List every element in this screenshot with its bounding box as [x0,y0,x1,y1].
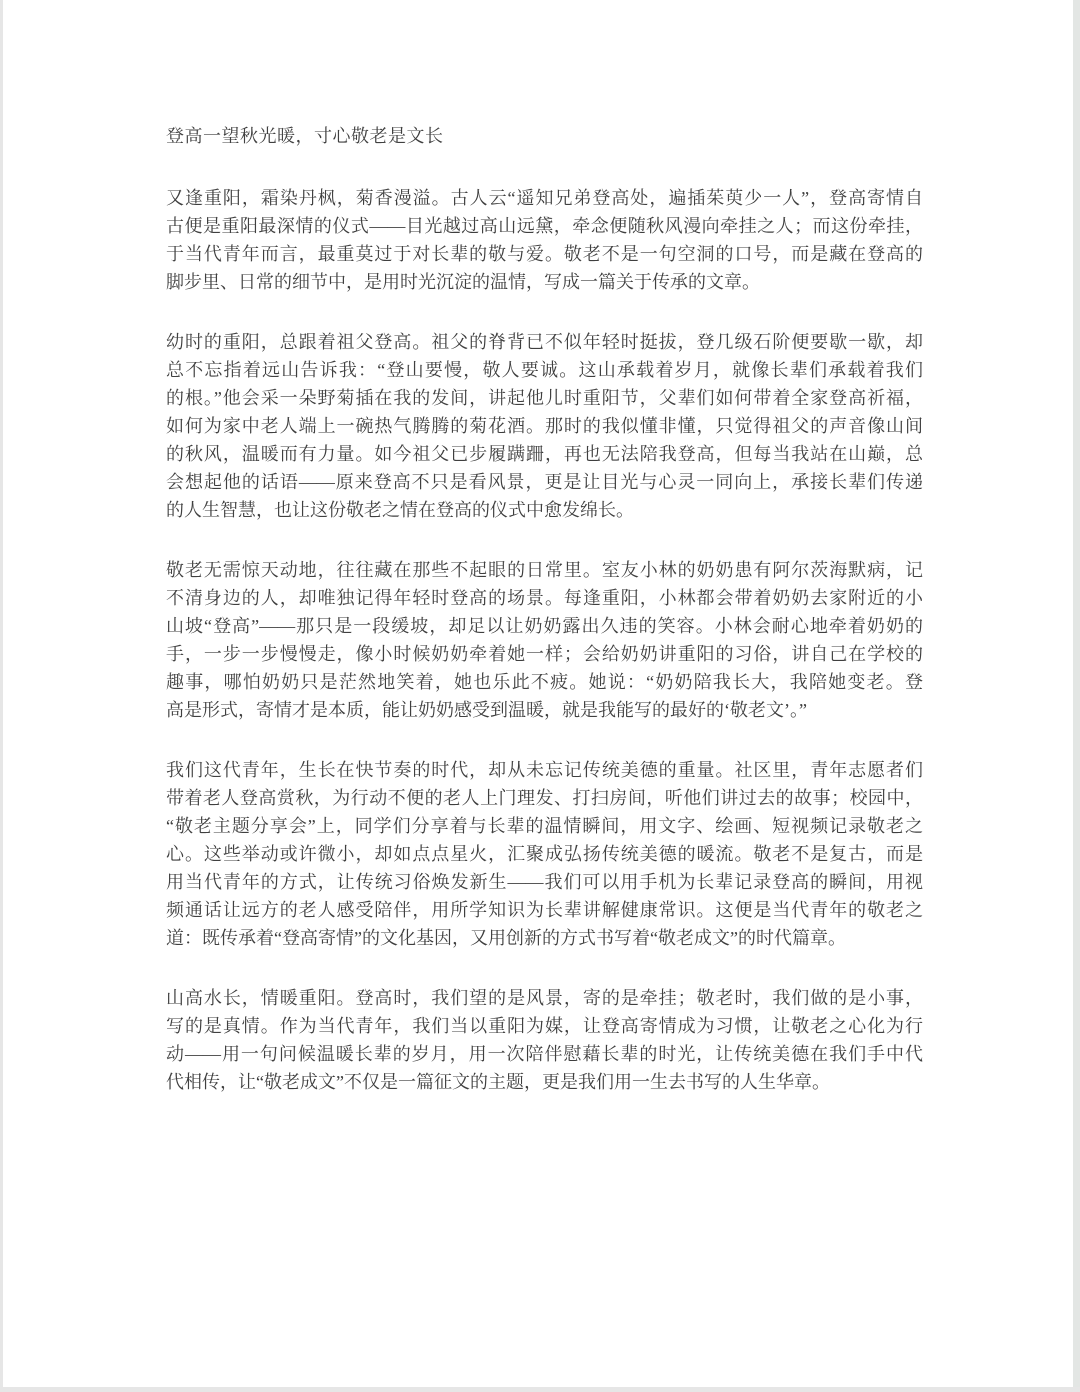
text-line: 如何为家中老人端上一碗热气腾腾的菊花酒。那时的我似懂非懂，只觉得祖父的声音像山间 [166,412,923,440]
paragraph: 又逢重阳，霜染丹枫，菊香漫溢。古人云“遥知兄弟登高处，遍插茱萸少一人”，登高寄情… [166,184,923,296]
text-line: 的根。”他会采一朵野菊插在我的发间，讲起他儿时重阳节，父辈们如何带着全家登高祈福… [166,384,923,412]
paragraph: 我们这代青年，生长在快节奏的时代，却从未忘记传统美德的重量。社区里，青年志愿者们… [166,756,923,952]
scan-edge-left [0,0,3,1392]
text-line: 总不忘指着远山告诉我：“登山要慢，敬人要诚。这山承载着岁月，就像长辈们承载着我们 [166,356,923,384]
paragraph: 幼时的重阳，总跟着祖父登高。祖父的脊背已不似年轻时挺拔，登几级石阶便要歇一歇，却… [166,328,923,524]
text-line: 手，一步一步慢慢走，像小时候奶奶牵着她一样；会给奶奶讲重阳的习俗，讲自己在学校的 [166,640,923,668]
scanned-document-page: 登高一望秋光暖，寸心敬老是文长 又逢重阳，霜染丹枫，菊香漫溢。古人云“遥知兄弟登… [0,0,1080,1392]
text-line: 山坡“登高”——那只是一段缓坡，却足以让奶奶露出久违的笑容。小林会耐心地牵着奶奶… [166,612,923,640]
text-line: 高是形式，寄情才是本质，能让奶奶感受到温暖，就是我能写的最好的‘敬老文’。” [166,696,923,724]
text-line: 我们这代青年，生长在快节奏的时代，却从未忘记传统美德的重量。社区里，青年志愿者们 [166,756,923,784]
text-line: 幼时的重阳，总跟着祖父登高。祖父的脊背已不似年轻时挺拔，登几级石阶便要歇一歇，却 [166,328,923,356]
text-line: 又逢重阳，霜染丹枫，菊香漫溢。古人云“遥知兄弟登高处，遍插茱萸少一人”，登高寄情… [166,184,923,212]
text-line: 动——用一句问候温暖长辈的岁月，用一次陪伴慰藉长辈的时光，让传统美德在我们手中代 [166,1040,923,1068]
scan-edge-bottom [0,1387,1080,1392]
essay-title: 登高一望秋光暖，寸心敬老是文长 [166,122,923,150]
text-line: 道：既传承着“登高寄情”的文化基因，又用创新的方式书写着“敬老成文”的时代篇章。 [166,924,923,952]
text-line: 敬老无需惊天动地，往往藏在那些不起眼的日常里。室友小林的奶奶患有阿尔茨海默病，记 [166,556,923,584]
essay-body: 又逢重阳，霜染丹枫，菊香漫溢。古人云“遥知兄弟登高处，遍插茱萸少一人”，登高寄情… [166,184,923,1096]
text-line: 用当代青年的方式，让传统习俗焕发新生——我们可以用手机为长辈记录登高的瞬间，用视 [166,868,923,896]
text-line: 的人生智慧，也让这份敬老之情在登高的仪式中愈发绵长。 [166,496,923,524]
text-line: 带着老人登高赏秋，为行动不便的老人上门理发、打扫房间，听他们讲过去的故事；校园中… [166,784,923,812]
essay: 登高一望秋光暖，寸心敬老是文长 又逢重阳，霜染丹枫，菊香漫溢。古人云“遥知兄弟登… [166,122,923,1128]
paragraph: 山高水长，情暖重阳。登高时，我们望的是风景，寄的是牵挂；敬老时，我们做的是小事，… [166,984,923,1096]
text-line: 山高水长，情暖重阳。登高时，我们望的是风景，寄的是牵挂；敬老时，我们做的是小事， [166,984,923,1012]
text-line: 古便是重阳最深情的仪式——目光越过高山远黛，牵念便随秋风漫向牵挂之人；而这份牵挂… [166,212,923,240]
text-line: 趣事，哪怕奶奶只是茫然地笑着，她也乐此不疲。她说：“奶奶陪我长大，我陪她变老。登 [166,668,923,696]
text-line: 写的是真情。作为当代青年，我们当以重阳为媒，让登高寄情成为习惯，让敬老之心化为行 [166,1012,923,1040]
text-line: 代相传，让“敬老成文”不仅是一篇征文的主题，更是我们用一生去书写的人生华章。 [166,1068,923,1096]
text-line: 不清身边的人，却唯独记得年轻时登高的场景。每逢重阳，小林都会带着奶奶去家附近的小 [166,584,923,612]
text-line: 心。这些举动或许微小，却如点点星火，汇聚成弘扬传统美德的暖流。敬老不是复古，而是 [166,840,923,868]
text-line: 会想起他的话语——原来登高不只是看风景，更是让目光与心灵一同向上，承接长辈们传递 [166,468,923,496]
scan-edge-right [1073,0,1080,1392]
text-line: 的秋风，温暖而有力量。如今祖父已步履蹒跚，再也无法陪我登高，但每当我站在山巅，总 [166,440,923,468]
text-line: “敬老主题分享会”上，同学们分享着与长辈的温情瞬间，用文字、绘画、短视频记录敬老… [166,812,923,840]
paragraph: 敬老无需惊天动地，往往藏在那些不起眼的日常里。室友小林的奶奶患有阿尔茨海默病，记… [166,556,923,724]
text-line: 于当代青年而言，最重莫过于对长辈的敬与爱。敬老不是一句空洞的口号，而是藏在登高的 [166,240,923,268]
text-line: 脚步里、日常的细节中，是用时光沉淀的温情，写成一篇关于传承的文章。 [166,268,923,296]
text-line: 频通话让远方的老人感受陪伴，用所学知识为长辈讲解健康常识。这便是当代青年的敬老之 [166,896,923,924]
